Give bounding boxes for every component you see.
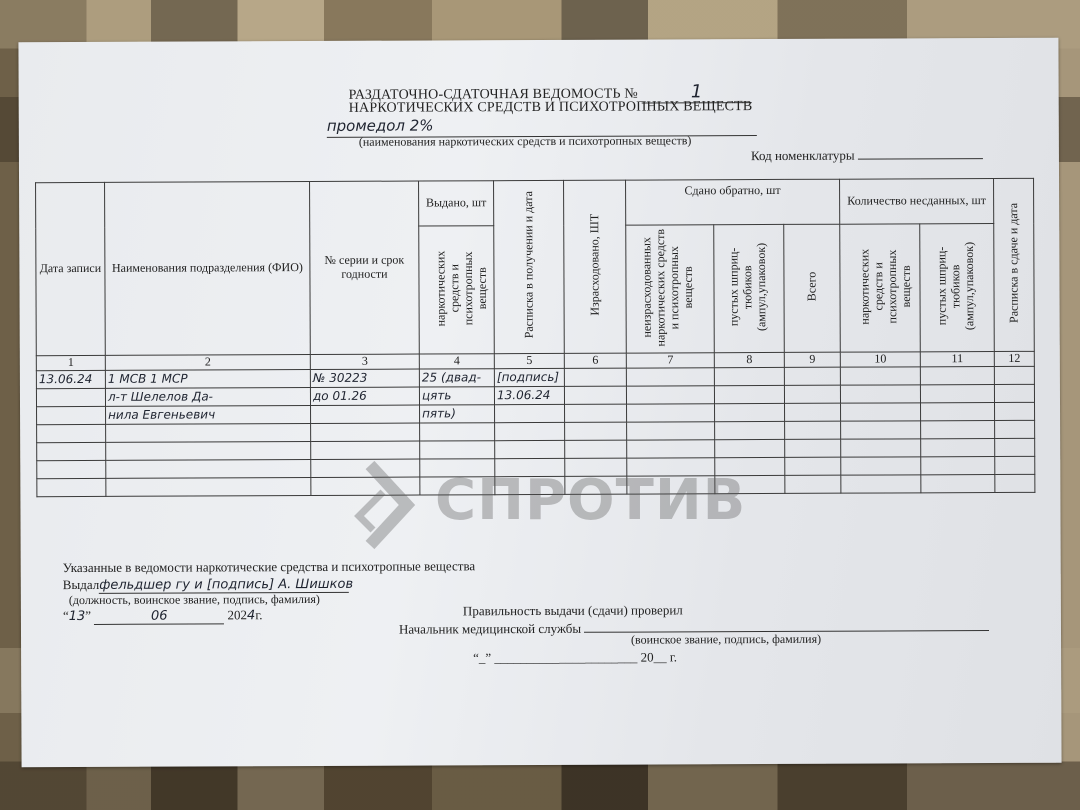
table-cell[interactable] [106, 478, 311, 497]
table-cell[interactable] [921, 475, 995, 493]
header-series: № серии и срок годности [310, 181, 420, 354]
chief-signature-field[interactable] [584, 618, 989, 633]
header-unreturned-group: Количество несданных, шт [840, 179, 994, 225]
table-cell[interactable]: 1 МСВ 1 МСР [105, 370, 310, 389]
header-unreturned-empty: пустых шприц-тюбиков (ампул,упаковок) [935, 231, 979, 341]
table-cell[interactable] [106, 442, 311, 461]
header-returned-unused: неизрасходованных наркотических средств … [640, 227, 701, 347]
table-cell[interactable] [564, 386, 626, 404]
table-cell[interactable] [565, 440, 627, 458]
table-cell[interactable] [626, 368, 714, 386]
header-issued-drugs: наркотических средств и психотропных вещ… [434, 233, 478, 343]
header-returned-group: Сдано обратно, шт [626, 179, 840, 225]
substance-caption: (наименования наркотических средств и пс… [359, 133, 692, 149]
issued-year-suffix: г. [255, 607, 262, 622]
table-cell[interactable] [714, 385, 784, 403]
table-cell[interactable] [921, 457, 995, 475]
issued-month: 06 [94, 608, 224, 625]
watermark: СПРОТИВ [345, 460, 725, 550]
table-cell[interactable] [37, 406, 106, 424]
table-cell[interactable] [784, 385, 840, 403]
header-return-receipt: Расписка в сдаче и дата [994, 178, 1035, 351]
table-cell[interactable] [994, 366, 1034, 384]
nomenclature-field[interactable] [858, 146, 983, 160]
substance-handwritten: промедол 2% [327, 116, 434, 134]
table-cell[interactable]: 13.06.24 [494, 386, 564, 404]
table-cell[interactable] [995, 420, 1035, 438]
table-cell[interactable] [921, 403, 995, 421]
table-cell[interactable] [311, 423, 420, 441]
table-cell[interactable] [995, 438, 1035, 456]
table-cell[interactable]: нила Евгеньевич [106, 406, 311, 425]
header-used: Израсходовано, ШТ [564, 180, 627, 353]
table-cell[interactable] [785, 457, 841, 475]
header-date: Дата записи [36, 182, 106, 355]
table-cell[interactable] [495, 440, 565, 458]
table-cell[interactable] [785, 403, 841, 421]
table-cell[interactable] [627, 404, 715, 422]
chevron-logo-icon [345, 460, 425, 550]
table-cell[interactable] [564, 368, 626, 386]
issued-label: Выдал [63, 577, 99, 592]
chief-date: “_” ______________________ 20__ г. [473, 649, 677, 666]
table-cell[interactable] [565, 404, 627, 422]
table-cell[interactable] [626, 386, 714, 404]
issued-caption: (должность, воинское звание, подпись, фа… [69, 592, 320, 608]
watermark-text: СПРОТИВ [435, 468, 746, 533]
column-number: 3 [310, 354, 419, 369]
issued-year-prefix: 202 [228, 607, 248, 622]
table-cell[interactable] [37, 424, 106, 442]
header-receipt-text: Расписка в получении и дата [522, 191, 536, 338]
nomenclature-code: Код номенклатуры [751, 146, 983, 164]
table-cell[interactable] [495, 404, 565, 422]
table-cell[interactable] [714, 367, 784, 385]
header-returned-total: Всего [805, 272, 819, 301]
column-number: 12 [994, 351, 1034, 366]
title-line-2: НАРКОТИЧЕСКИХ СРЕДСТВ И ПСИХОТРОПНЫХ ВЕЩ… [349, 99, 753, 117]
header-returned-empty: пустых шприц-тюбиков (ампул,упаковок) [727, 232, 771, 342]
issued-statement: Указанные в ведомости наркотические сред… [63, 558, 476, 576]
table-cell[interactable] [715, 421, 785, 439]
column-number: 10 [840, 352, 920, 367]
header-used-text: Израсходовано, ШТ [588, 214, 602, 316]
table-cell[interactable] [841, 475, 921, 493]
column-number: 8 [714, 352, 784, 367]
column-number: 2 [105, 355, 310, 371]
table-cell[interactable] [841, 439, 921, 457]
table-cell[interactable]: до 01.26 [310, 387, 419, 405]
column-number: 7 [626, 353, 714, 368]
table-cell[interactable] [920, 367, 994, 385]
table-cell[interactable] [785, 439, 841, 457]
document-sheet: РАЗДАТОЧНО-СДАТОЧНАЯ ВЕДОМОСТЬ № 1 НАРКО… [18, 38, 1061, 768]
table-cell[interactable] [37, 460, 106, 478]
table-cell[interactable] [420, 423, 495, 441]
column-number: 4 [419, 354, 494, 369]
table-cell[interactable] [565, 422, 627, 440]
table-cell[interactable] [920, 385, 994, 403]
verified-label: Правильность выдачи (сдачи) проверил [463, 602, 683, 619]
table-cell[interactable] [106, 424, 311, 443]
table-cell[interactable]: № 30223 [310, 369, 419, 387]
table-cell[interactable] [841, 421, 921, 439]
table-cell[interactable] [627, 440, 715, 458]
column-number: 1 [36, 355, 105, 370]
table-cell[interactable] [311, 405, 420, 423]
issued-day: 13 [69, 609, 86, 624]
table-cell[interactable]: пять) [420, 405, 495, 423]
column-number: 11 [920, 352, 994, 367]
table-cell[interactable] [495, 422, 565, 440]
table-cell[interactable] [921, 421, 995, 439]
table-cell[interactable] [785, 421, 841, 439]
table-cell[interactable] [311, 441, 420, 459]
column-number: 9 [784, 352, 840, 367]
table-cell[interactable]: л-т Шелелов Да- [105, 388, 310, 407]
issued-date: “13” 06 2024г. [63, 607, 263, 625]
column-number: 6 [564, 353, 626, 368]
table-cell[interactable] [627, 422, 715, 440]
table-cell[interactable] [420, 441, 495, 459]
table-cell[interactable]: 25 (двад- [419, 369, 494, 387]
table-cell[interactable] [106, 460, 311, 479]
header-return-receipt-text: Расписка в сдаче и дата [1007, 203, 1021, 323]
table-cell[interactable] [37, 442, 106, 460]
header-receipt: Расписка в получении и дата [494, 180, 565, 353]
table-cell[interactable] [995, 456, 1035, 474]
table-cell[interactable] [921, 439, 995, 457]
table-cell[interactable]: [подпись] [494, 368, 564, 386]
table-cell[interactable] [995, 474, 1035, 492]
table-cell[interactable] [995, 402, 1035, 420]
table-cell[interactable] [785, 475, 841, 493]
table-cell[interactable] [715, 403, 785, 421]
table-cell[interactable] [36, 388, 105, 406]
table-cell[interactable] [994, 384, 1034, 402]
table-cell[interactable] [840, 367, 920, 385]
table-cell[interactable] [841, 457, 921, 475]
header-unit: Наименования подразделения (ФИО) [105, 182, 311, 356]
table-cell[interactable] [784, 367, 840, 385]
chief-label: Начальник медицинской службы [399, 621, 581, 637]
table-cell[interactable] [37, 478, 106, 496]
table-cell[interactable]: цять [419, 387, 494, 405]
column-number: 5 [494, 353, 564, 368]
ledger-table: Дата записи Наименования подразделения (… [35, 178, 1035, 497]
table-cell[interactable] [715, 439, 785, 457]
header-unreturned-drugs: наркотических средств и психотропных вещ… [858, 231, 902, 341]
chief-caption: (воинское звание, подпись, фамилия) [631, 632, 821, 648]
table-cell[interactable] [841, 403, 921, 421]
header-issued-group: Выдано, шт [419, 181, 494, 226]
table-cell[interactable] [840, 385, 920, 403]
table-cell[interactable]: 13.06.24 [36, 370, 105, 388]
nomenclature-label: Код номенклатуры [751, 148, 855, 163]
